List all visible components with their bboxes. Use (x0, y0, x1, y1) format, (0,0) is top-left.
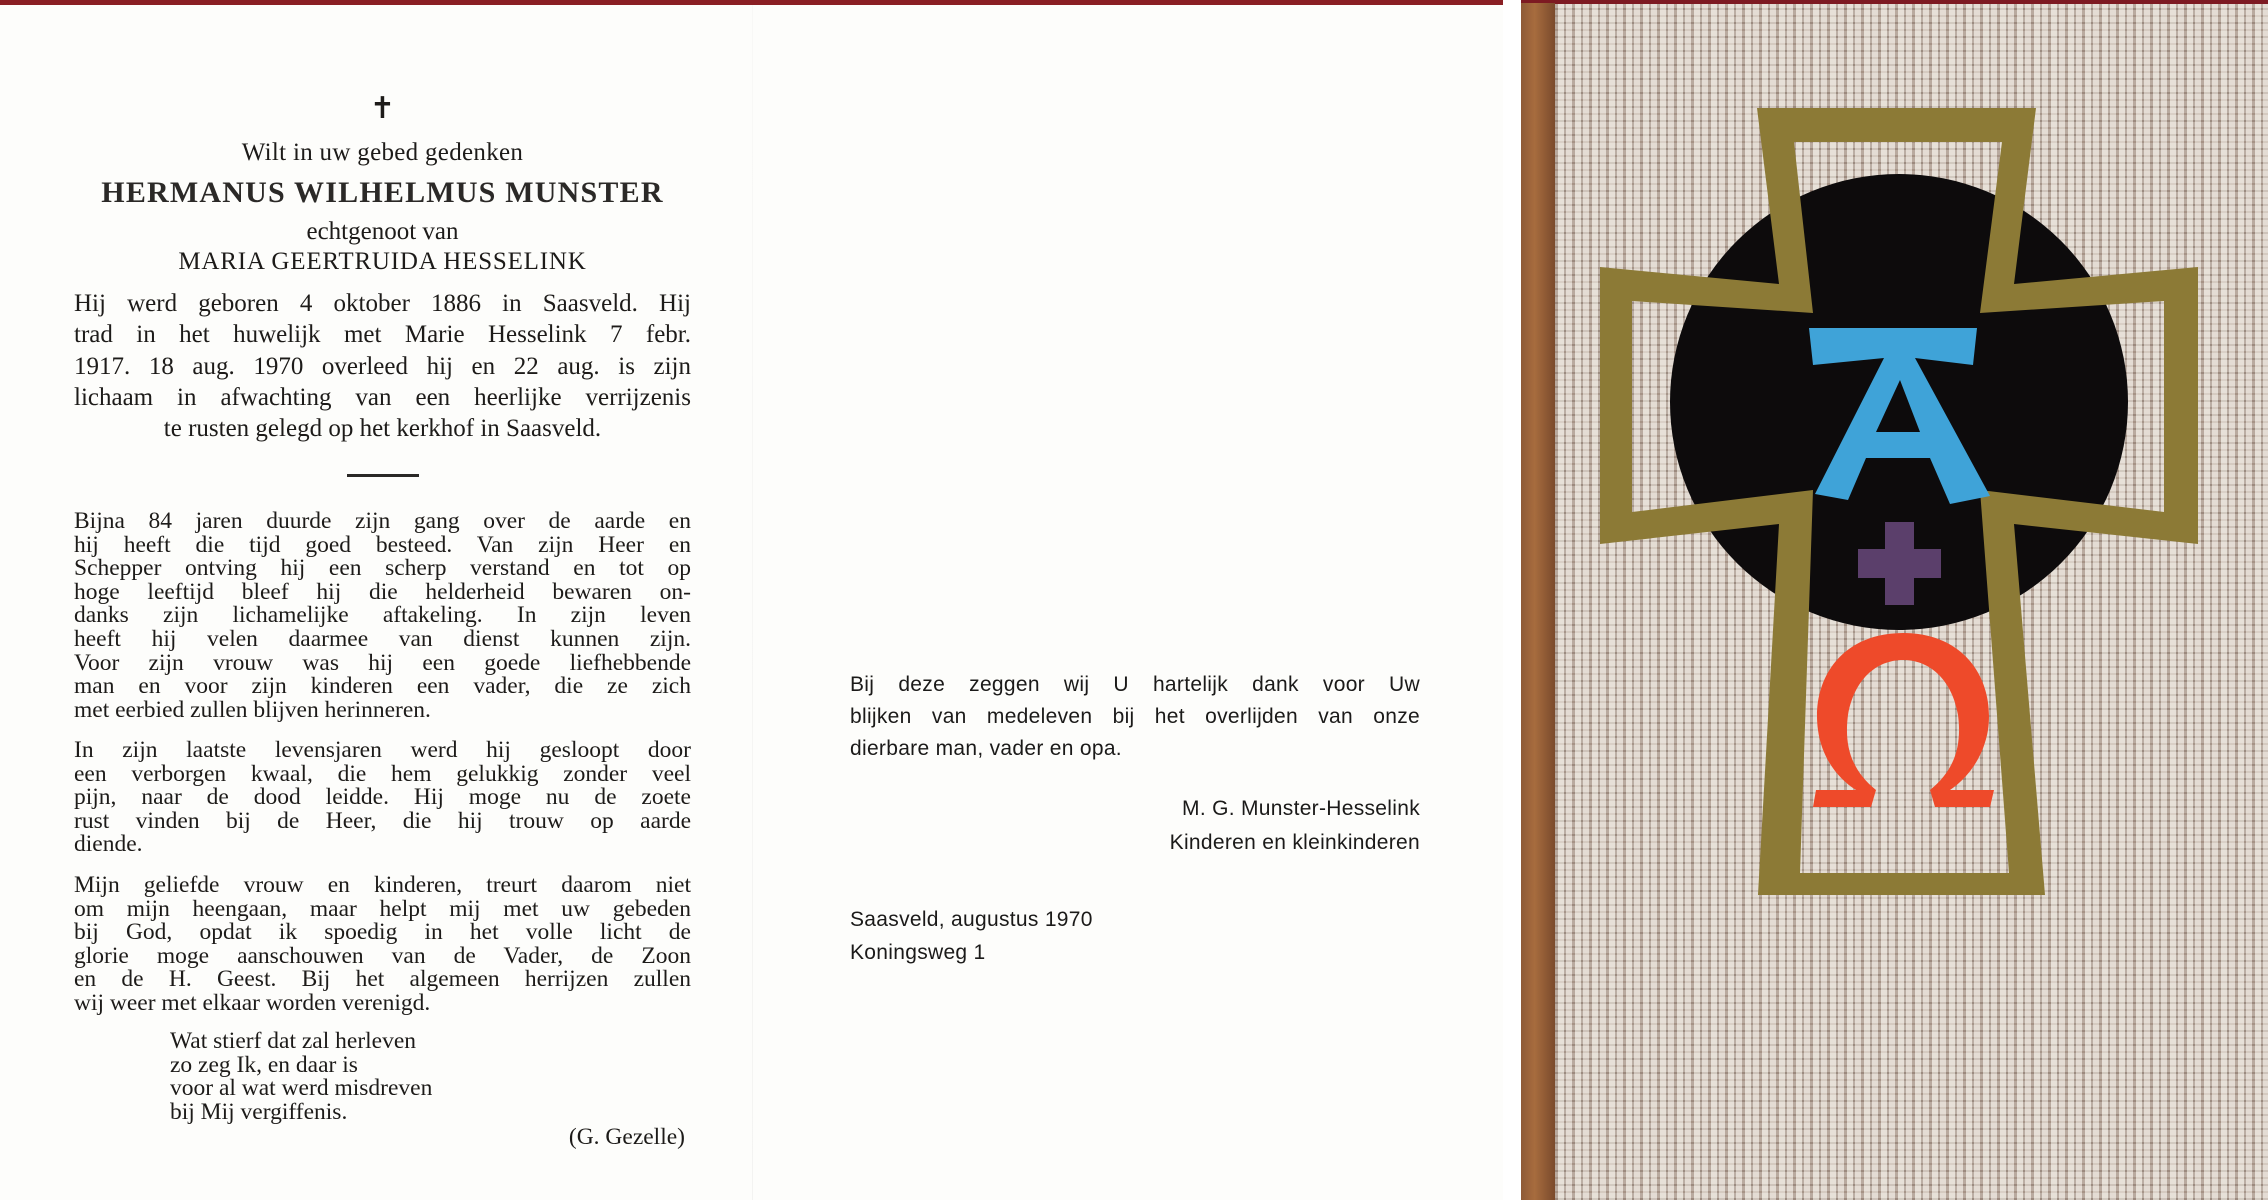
bio-line: lichaam in afwachting van een heerlijke … (74, 382, 691, 413)
card-fold (752, 5, 753, 1200)
text-line: glorie moge aanschouwen van de Vader, de… (74, 945, 691, 969)
text-line: Bijna 84 jaren duurde zijn gang over de … (74, 510, 691, 534)
text-line: Bij deze zeggen wij U hartelijk dank voo… (850, 669, 1420, 701)
text-line: hij heeft die tijd goed besteed. Van zij… (74, 534, 691, 558)
text-line: rust vinden bij de Heer, die hij trouw o… (74, 810, 691, 834)
alpha-omega-cross-illustration (1521, 3, 2268, 1200)
poem-attribution: (G. Gezelle) (569, 1124, 685, 1151)
text-line: danks zijn lichamelijke aftakeling. In z… (74, 604, 691, 628)
memorial-card-inside: ✝ Wilt in uw gebed gedenken HERMANUS WIL… (0, 0, 1503, 1200)
text-line: heeft hij velen daarmee van dienst kunne… (74, 628, 691, 652)
place-date: Saasveld, augustus 1970 (850, 903, 1093, 936)
bio-line: te rusten gelegd op het kerkhof in Saasv… (74, 413, 691, 444)
signers: M. G. Munster-Hesselink Kinderen en klei… (850, 792, 1420, 859)
signer-line: Kinderen en kleinkinderen (850, 826, 1420, 860)
thank-you-message: Bij deze zeggen wij U hartelijk dank voo… (850, 669, 1420, 764)
biography: Hij werd geboren 4 oktober 1886 in Saasv… (74, 288, 691, 444)
text-line: om mijn heengaan, maar helpt mij met uw … (74, 898, 691, 922)
text-line: In zijn laatste levensjaren werd hij ges… (74, 739, 691, 763)
paragraph-illness: In zijn laatste levensjaren werd hij ges… (74, 739, 691, 857)
text-line: man en voor zijn kinderen een vader, die… (74, 675, 691, 699)
paragraph-life: Bijna 84 jaren duurde zijn gang over de … (74, 510, 691, 722)
text-line: en de H. Geest. Bij het algemeen herrijz… (74, 968, 691, 992)
text-line: wij weer met elkaar worden verenigd. (74, 992, 691, 1016)
prayer-invitation: Wilt in uw gebed gedenken (74, 140, 691, 165)
bio-line: Hij werd geboren 4 oktober 1886 in Saasv… (74, 288, 691, 319)
poem-line: voor al wat werd misdreven (170, 1077, 432, 1101)
poem: Wat stierf dat zal herleven zo zeg Ik, e… (170, 1030, 432, 1125)
deceased-name: HERMANUS WILHELMUS MUNSTER (74, 178, 691, 208)
spouse-name: MARIA GEERTRUIDA HESSELINK (74, 249, 691, 274)
text-line: een verborgen kwaal, die hem gelukkig zo… (74, 763, 691, 787)
poem-line: Wat stierf dat zal herleven (170, 1030, 432, 1054)
address: Koningsweg 1 (850, 936, 1093, 969)
memorial-card-cover (1521, 3, 2268, 1200)
text-line: met eerbied zullen blijven herinneren. (74, 699, 691, 723)
text-line: diende. (74, 833, 691, 857)
text-line: pijn, naar de dood leidde. Hij moge nu d… (74, 786, 691, 810)
poem-line: bij Mij vergiffenis. (170, 1101, 432, 1125)
spouse-intro: echtgenoot van (74, 219, 691, 244)
bio-line: 1917. 18 aug. 1970 overleed hij en 22 au… (74, 351, 691, 382)
cross-icon: ✝ (74, 94, 691, 124)
place-and-address: Saasveld, augustus 1970 Koningsweg 1 (850, 903, 1093, 969)
bio-line: trad in het huwelijk met Marie Hesselink… (74, 319, 691, 350)
text-line: Mijn geliefde vrouw en kinderen, treurt … (74, 874, 691, 898)
text-line: dierbare man, vader en opa. (850, 733, 1420, 765)
paragraph-farewell: Mijn geliefde vrouw en kinderen, treurt … (74, 874, 691, 1016)
text-line: hoge leeftijd bleef hij die helderheid b… (74, 581, 691, 605)
text-line: bij God, opdat ik spoedig in het volle l… (74, 921, 691, 945)
text-line: Voor zijn vrouw was hij een goede liefhe… (74, 652, 691, 676)
signer-line: M. G. Munster-Hesselink (850, 792, 1420, 826)
poem-line: zo zeg Ik, en daar is (170, 1054, 432, 1078)
divider-rule (347, 474, 419, 477)
omega-icon (1813, 633, 1994, 807)
text-line: blijken van medeleven bij het overlijden… (850, 701, 1420, 733)
text-line: Schepper ontving hij een scherp verstand… (74, 557, 691, 581)
